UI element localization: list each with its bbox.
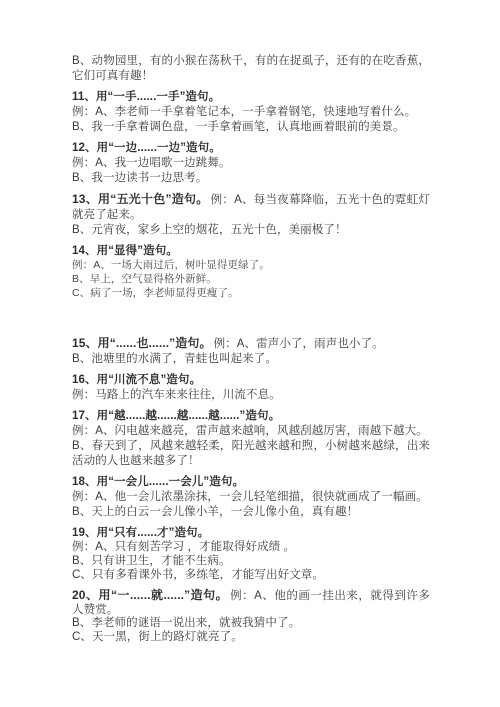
section-15-heading: 15、用“......也......”造句。 [72, 336, 212, 350]
section-15: 15、用“......也......”造句。例：A、雷声小了，雨声也小了。 B、… [72, 336, 430, 367]
section-13: 13、用“五光十色”造句。例：A、每当夜幕降临，五光十色的霓虹灯就亮了起来。 B… [72, 192, 430, 238]
section-14-example-a: 例：A、一场大雨过后，树叶显得更绿了。 [72, 259, 430, 273]
section-19-example-c: C、只有多看课外书，多练笔，才能写出好文章。 [72, 569, 430, 583]
section-18-example-b: B、天上的白云一会儿像小羊，一会儿像小鱼，真有趣！ [72, 505, 430, 520]
section-20-heading-line: 20、用“一......就......”造句。例：A、他的画一挂出来，就得到许多… [72, 589, 430, 618]
section-16-heading: 16、用“川流不息”造句。 [72, 373, 430, 388]
section-12-heading: 12、用“一边......一边”造句。 [72, 141, 430, 156]
section-11-example-b: B、我一手拿着调色盘，一手拿着画笔，认真地画着眼前的美景。 [72, 120, 430, 135]
section-15-heading-line: 15、用“......也......”造句。例：A、雷声小了，雨声也小了。 [72, 336, 430, 352]
section-17-example-b: B、春天到了，风越来越轻柔，阳光越来越和煦，小树越来越绿，出来活动的人也越来越多… [72, 439, 430, 469]
section-18-heading: 18、用“一会儿......一会儿”造句。 [72, 475, 430, 490]
section-14-example-c: C、病了一场，李老师显得更瘦了。 [72, 287, 430, 301]
section-18-example-a: 例：A、他一会儿浓墨涂抹，一会儿轻笔细描，很快就画成了一幅画。 [72, 490, 430, 505]
section-20: 20、用“一......就......”造句。例：A、他的画一挂出来，就得到许多… [72, 589, 430, 645]
section-12-example-b: B、我一边读书一边思考。 [72, 171, 430, 186]
section-12-example-a: 例：A、我一边唱歌一边跳舞。 [72, 156, 430, 171]
section-15-example-a: 例：A、雷声小了，雨声也小了。 [214, 338, 384, 350]
section-17-heading: 17、用“越......越......越......越......”造句。 [72, 409, 430, 424]
section-18: 18、用“一会儿......一会儿”造句。 例：A、他一会儿浓墨涂抹，一会儿轻笔… [72, 475, 430, 520]
section-11-example-a: 例：A、李老师一手拿着笔记本，一手拿着钢笔，快速地写着什么。 [72, 105, 430, 120]
section-11: 11、用“一手......一手”造句。 例：A、李老师一手拿着笔记本，一手拿着钢… [72, 90, 430, 135]
intro-paragraph: B、动物园里，有的小猴在荡秋千，有的在捉虱子，还有的在吃香蕉，它们可真有趣！ [72, 54, 430, 84]
section-14: 14、用“显得”造句。 例：A、一场大雨过后，树叶显得更绿了。 B、早上，空气显… [72, 244, 430, 300]
section-14-heading: 14、用“显得”造句。 [72, 244, 430, 259]
worksheet-page: B、动物园里，有的小猴在荡秋千，有的在捉虱子，还有的在吃香蕉，它们可真有趣！ 1… [0, 0, 500, 707]
section-19-heading: 19、用“只有......才”造句。 [72, 526, 430, 541]
section-11-heading: 11、用“一手......一手”造句。 [72, 90, 430, 105]
section-19: 19、用“只有......才”造句。 例：A、只有刻苦学习 ，才能取得好成绩 。… [72, 526, 430, 582]
section-20-example-c: C、天一黑，街上的路灯就亮了。 [72, 631, 430, 645]
section-19-example-b: B、只有讲卫生，才能不生病。 [72, 555, 430, 569]
section-14-example-b: B、早上，空气显得格外新鲜。 [72, 273, 430, 287]
section-17: 17、用“越......越......越......越......”造句。 例：… [72, 409, 430, 469]
section-16-example: 例：马路上的汽车来来往往，川流不息。 [72, 388, 430, 403]
section-15-example-b: B、池塘里的水满了，青蛙也叫起来了。 [72, 352, 430, 367]
section-13-heading: 13、用“五光十色”造句。 [72, 192, 209, 206]
section-13-example-b: B、元宵夜，家乡上空的烟花，五光十色，美丽极了！ [72, 223, 430, 238]
section-19-example-a: 例：A、只有刻苦学习 ，才能取得好成绩 。 [72, 541, 430, 555]
section-16: 16、用“川流不息”造句。 例：马路上的汽车来来往往，川流不息。 [72, 373, 430, 403]
section-17-example-a: 例：A、闪电越来越亮，雷声越来越响，风越刮越厉害，雨越下越大。 [72, 424, 430, 439]
section-20-example-b: B、李老师的谜语一说出来，就被我猜中了。 [72, 617, 430, 631]
section-20-heading: 20、用“一......就......”造句。 [72, 588, 228, 602]
section-12: 12、用“一边......一边”造句。 例：A、我一边唱歌一边跳舞。 B、我一边… [72, 141, 430, 186]
section-13-heading-line: 13、用“五光十色”造句。例：A、每当夜幕降临，五光十色的霓虹灯就亮了起来。 [72, 192, 430, 223]
